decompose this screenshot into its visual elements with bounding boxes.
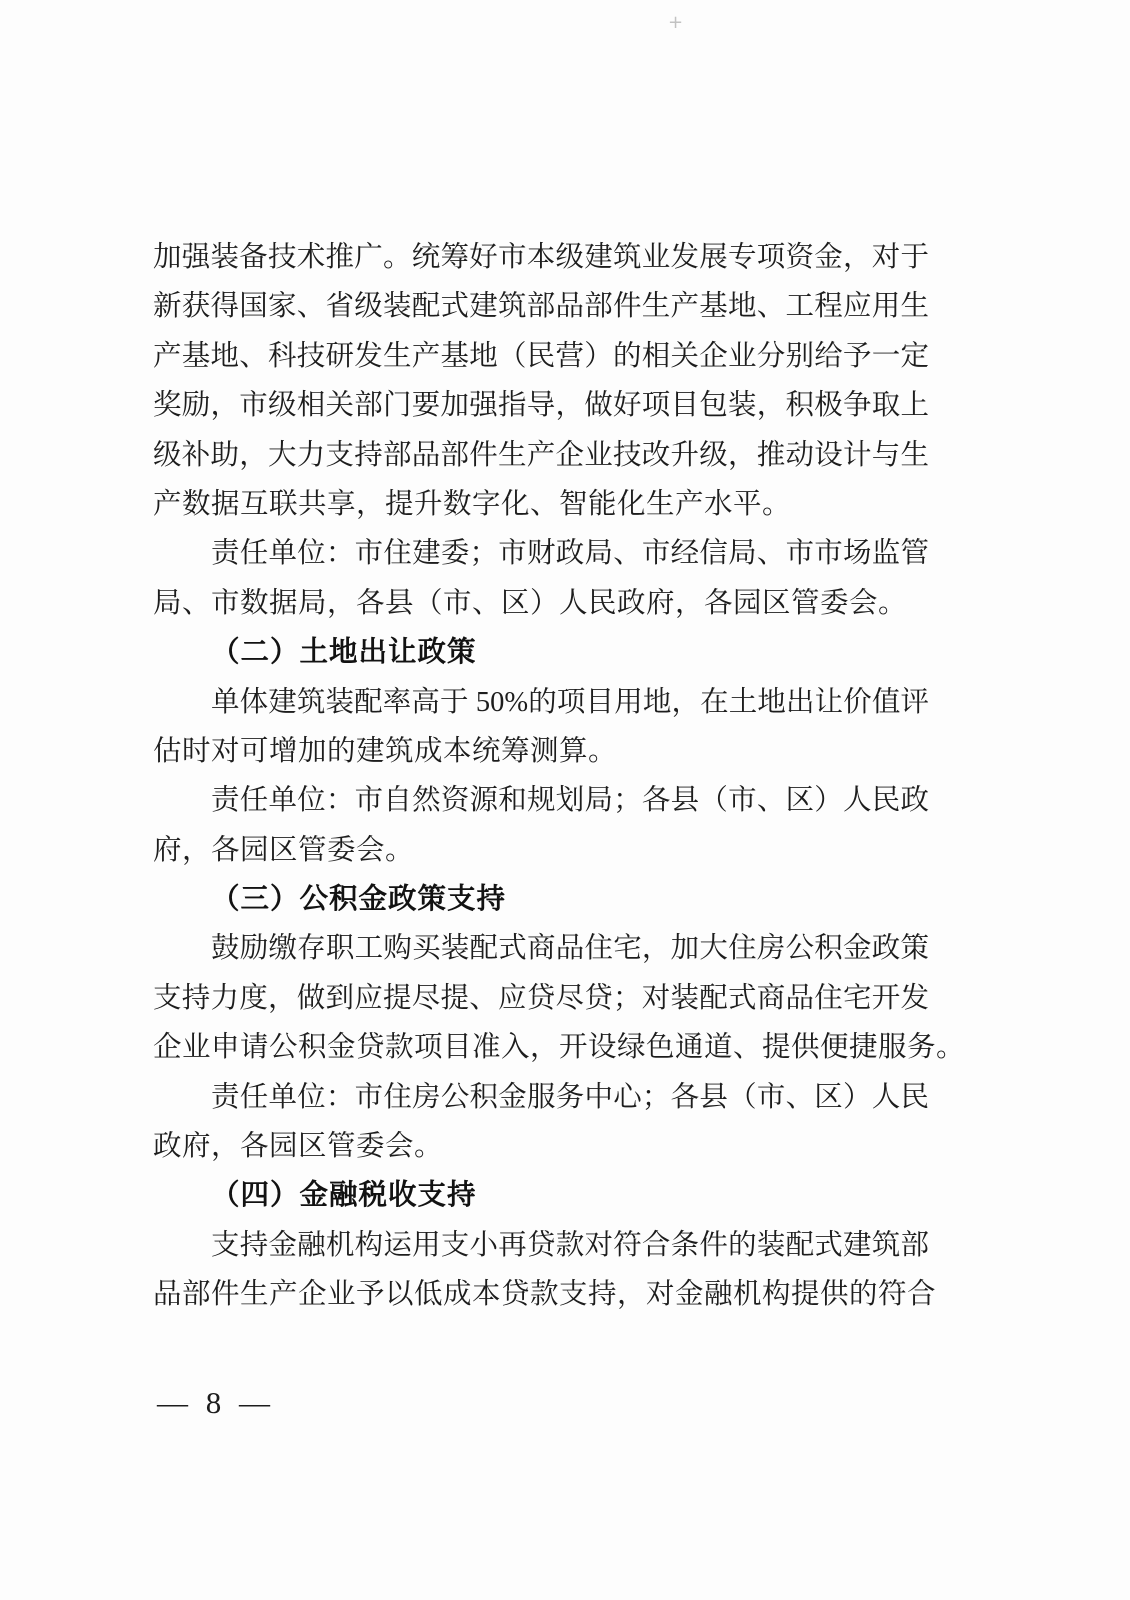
text-line: 鼓励缴存职工购买装配式商品住宅，加大住房公积金政策 <box>153 924 929 973</box>
text-line: 支持金融机构运用支小再贷款对符合条件的装配式建筑部 <box>153 1221 929 1270</box>
text-line: 级补助，大力支持部品部件生产企业技改升级，推动设计与生 <box>153 431 929 480</box>
section-heading: （三）公积金政策支持 <box>153 875 929 924</box>
text-line: 责任单位：市住房公积金服务中心；各县（市、区）人民 <box>153 1073 929 1122</box>
text-line: 企业申请公积金贷款项目准入，开设绿色通道、提供便捷服务。 <box>153 1023 929 1072</box>
text-line: 估时对可增加的建筑成本统筹测算。 <box>153 727 929 776</box>
text-line: 奖励，市级相关部门要加强指导，做好项目包装，积极争取上 <box>153 381 929 430</box>
text-line: 新获得国家、省级装配式建筑部品部件生产基地、工程应用生 <box>153 282 929 331</box>
text-line: 责任单位：市住建委；市财政局、市经信局、市市场监管 <box>153 529 929 578</box>
text-line: 责任单位：市自然资源和规划局；各县（市、区）人民政 <box>153 776 929 825</box>
section-heading: （四）金融税收支持 <box>153 1171 929 1220</box>
document-body: 加强装备技术推广。统筹好市本级建筑业发展专项资金，对于新获得国家、省级装配式建筑… <box>153 233 929 1320</box>
text-line: 支持力度，做到应提尽提、应贷尽贷；对装配式商品住宅开发 <box>153 974 929 1023</box>
text-line: 局、市数据局，各县（市、区）人民政府，各园区管委会。 <box>153 579 929 628</box>
text-line: 府，各园区管委会。 <box>153 826 929 875</box>
page-number: — 8 — <box>157 1383 275 1423</box>
text-line: 政府，各园区管委会。 <box>153 1122 929 1171</box>
section-heading: （二）土地出让政策 <box>153 628 929 677</box>
text-line: 单体建筑装配率高于 50%的项目用地，在土地出让价值评 <box>153 678 929 727</box>
text-line: 产基地、科技研发生产基地（民营）的相关企业分别给予一定 <box>153 332 929 381</box>
text-line: 产数据互联共享，提升数字化、智能化生产水平。 <box>153 480 929 529</box>
document-page: + 加强装备技术推广。统筹好市本级建筑业发展专项资金，对于新获得国家、省级装配式… <box>0 0 1130 1600</box>
scan-crop-mark: + <box>668 14 683 32</box>
text-line: 加强装备技术推广。统筹好市本级建筑业发展专项资金，对于 <box>153 233 929 282</box>
text-line: 品部件生产企业予以低成本贷款支持，对金融机构提供的符合 <box>153 1270 929 1319</box>
